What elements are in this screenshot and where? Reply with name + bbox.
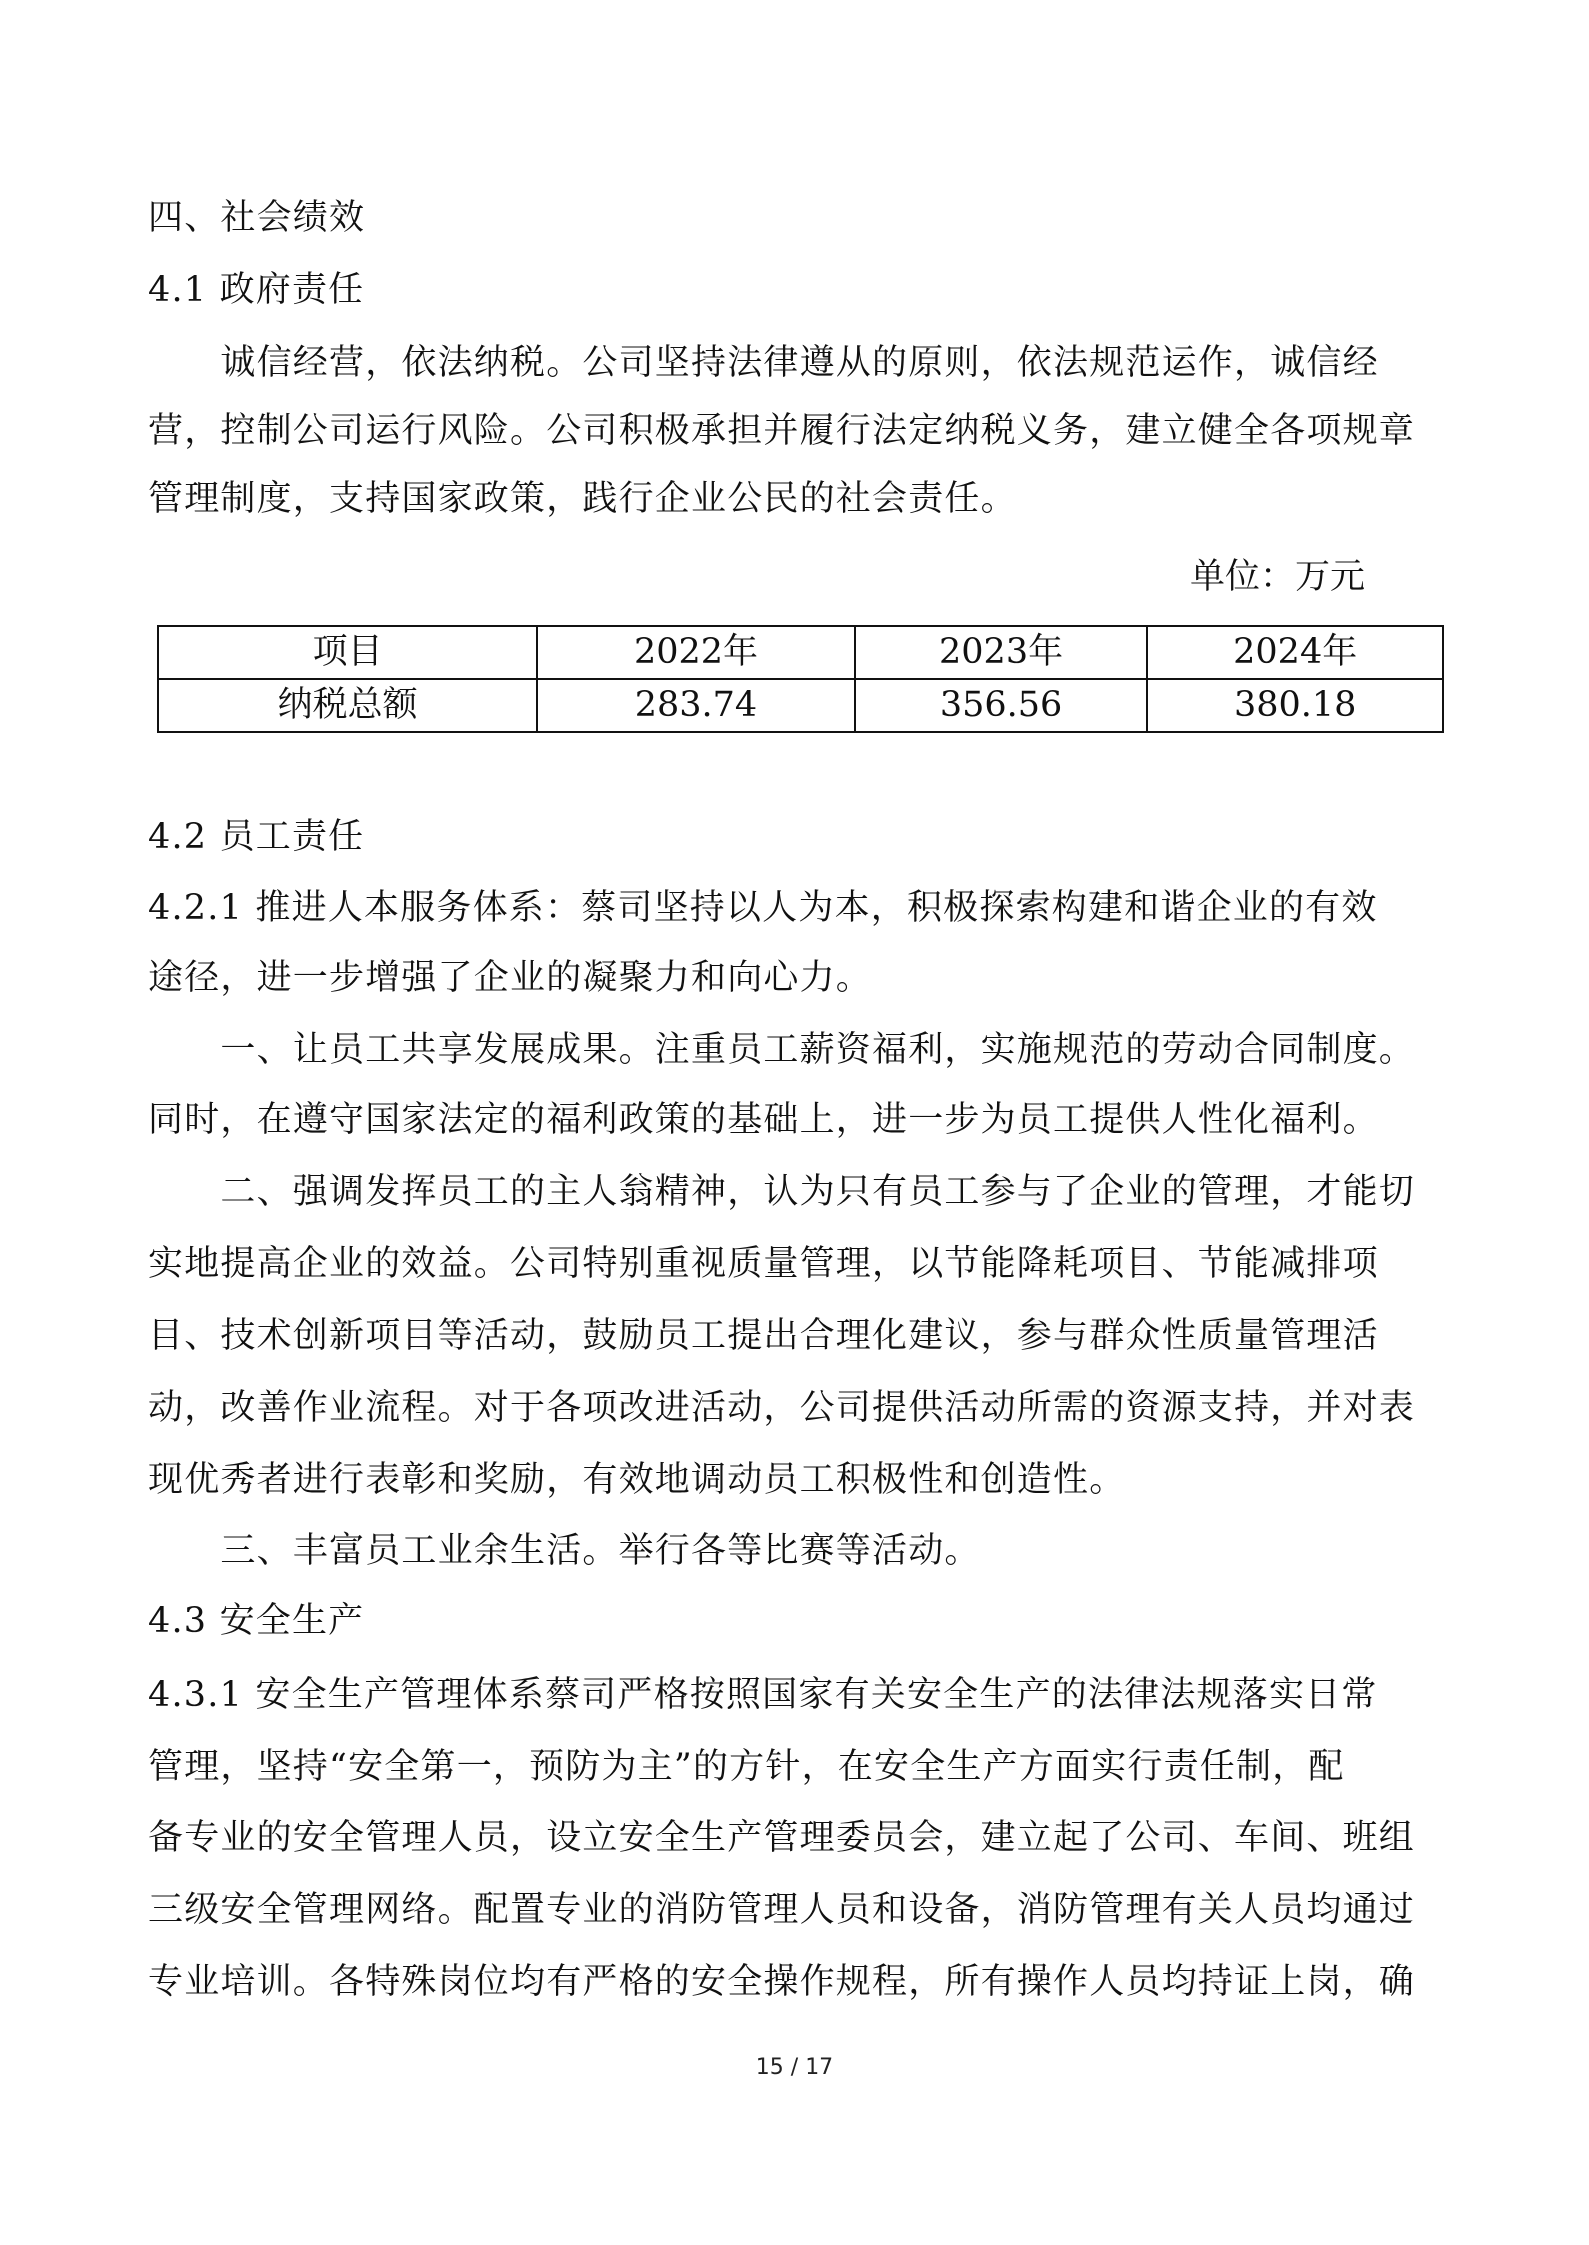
paragraph-line: 4.3.1 安全生产管理体系蔡司严格按照国家有关安全生产的法律法规落实日常 bbox=[148, 1675, 1448, 1715]
table-header-row: 项目 2022年 2023年 2024年 bbox=[158, 626, 1443, 679]
header-cell-2024: 2024年 bbox=[1147, 626, 1443, 679]
heading-4-2: 4.2 员工责任 bbox=[148, 817, 1448, 857]
paragraph-line: 营，控制公司运行风险。公司积极承担并履行法定纳税义务，建立健全各项规章 bbox=[148, 411, 1448, 451]
paragraph-line: 三级安全管理网络。配置专业的消防管理人员和设备，消防管理有关人员均通过 bbox=[148, 1890, 1448, 1930]
paragraph-line: 二、强调发挥员工的主人翁精神，认为只有员工参与了企业的管理，才能切 bbox=[148, 1172, 1448, 1212]
paragraph-line: 4.2.1 推进人本服务体系：蔡司坚持以人为本，积极探索构建和谐企业的有效 bbox=[148, 888, 1448, 928]
table-row: 纳税总额 283.74 356.56 380.18 bbox=[158, 679, 1443, 732]
value-2023: 356.56 bbox=[855, 679, 1148, 732]
paragraph-line: 管理制度，支持国家政策，践行企业公民的社会责任。 bbox=[148, 479, 1448, 519]
paragraph-line: 动，改善作业流程。对于各项改进活动，公司提供活动所需的资源支持，并对表 bbox=[148, 1388, 1448, 1428]
paragraph-line: 实地提高企业的效益。公司特别重视质量管理，以节能降耗项目、节能减排项 bbox=[148, 1244, 1448, 1284]
paragraph-line: 现优秀者进行表彰和奖励，有效地调动员工积极性和创造性。 bbox=[148, 1460, 1448, 1500]
paragraph-line: 同时，在遵守国家法定的福利政策的基础上，进一步为员工提供人性化福利。 bbox=[148, 1100, 1448, 1140]
paragraph-line: 一、让员工共享发展成果。注重员工薪资福利，实施规范的劳动合同制度。 bbox=[148, 1030, 1448, 1070]
paragraph-line: 专业培训。各特殊岗位均有严格的安全操作规程，所有操作人员均持证上岗，确 bbox=[148, 1962, 1448, 2002]
section-title: 四、社会绩效 bbox=[148, 198, 1448, 238]
paragraph-line: 途径，进一步增强了企业的凝聚力和向心力。 bbox=[148, 958, 1448, 998]
paragraph-line: 备专业的安全管理人员，设立安全生产管理委员会，建立起了公司、车间、班组 bbox=[148, 1818, 1448, 1858]
tax-table: 项目 2022年 2023年 2024年 纳税总额 283.74 356.56 … bbox=[157, 625, 1444, 733]
value-2022: 283.74 bbox=[537, 679, 855, 732]
document-page: 四、社会绩效 4.1 政府责任 诚信经营，依法纳税。公司坚持法律遵从的原则，依法… bbox=[0, 0, 1589, 2245]
heading-4-3: 4.3 安全生产 bbox=[148, 1601, 1448, 1641]
header-cell-2022: 2022年 bbox=[537, 626, 855, 679]
paragraph-line: 目、技术创新项目等活动，鼓励员工提出合理化建议，参与群众性质量管理活 bbox=[148, 1316, 1448, 1356]
page-number: 15 / 17 bbox=[0, 2055, 1589, 2080]
paragraph-line: 诚信经营，依法纳税。公司坚持法律遵从的原则，依法规范运作，诚信经 bbox=[148, 343, 1448, 383]
paragraph-line: 管理，坚持“安全第一，预防为主”的方针，在安全生产方面实行责任制，配 bbox=[148, 1747, 1448, 1787]
header-cell-item: 项目 bbox=[158, 626, 537, 679]
value-2024: 380.18 bbox=[1147, 679, 1443, 732]
heading-4-1: 4.1 政府责任 bbox=[148, 270, 1448, 310]
unit-label: 单位：万元 bbox=[1190, 557, 1365, 597]
paragraph-line: 三、丰富员工业余生活。举行各等比赛等活动。 bbox=[148, 1531, 1448, 1571]
row-label: 纳税总额 bbox=[158, 679, 537, 732]
header-cell-2023: 2023年 bbox=[855, 626, 1148, 679]
